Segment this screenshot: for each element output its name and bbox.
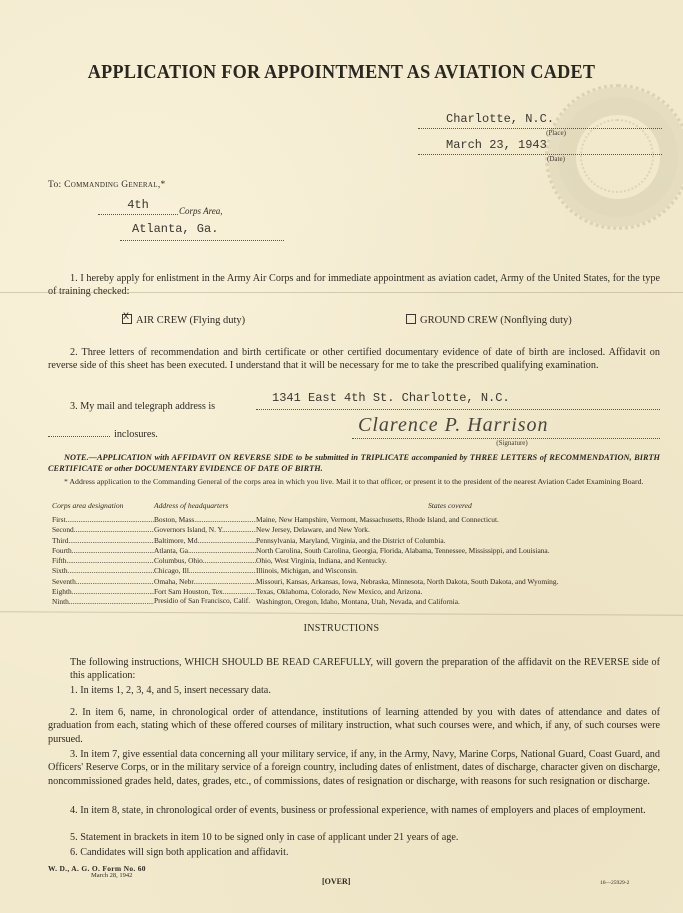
states-cell: Illinois, Michigan, and Wisconsin. <box>256 566 662 576</box>
instruction-item-1: 1. In items 1, 2, 3, 4, and 5, insert ne… <box>70 684 660 697</box>
hq-cell: Columbus, Ohio <box>154 556 256 566</box>
instruction-item-3: 3. In item 7, give essential data concer… <box>48 748 660 788</box>
corps-area-label: Corps Area, <box>179 206 223 216</box>
col-header-headquarters: Address of headquarters <box>154 501 228 510</box>
corps-cell: Second <box>52 525 154 535</box>
inclosures-label: inclosures. <box>114 428 158 441</box>
instruction-item-2: 2. In item 6, name, in chronological ord… <box>48 706 660 746</box>
table-row: Second Governors Island, N. Y. New Jerse… <box>52 525 662 535</box>
states-cell: Missouri, Kansas, Arkansas, Iowa, Nebras… <box>256 577 662 587</box>
to-prefix: To: <box>48 180 61 190</box>
document-title: APPLICATION FOR APPOINTMENT AS AVIATION … <box>24 62 659 84</box>
table-row: Fifth Columbus, Ohio Ohio, West Virginia… <box>52 556 662 566</box>
paper-fold-crease <box>0 611 683 616</box>
address-value: 1341 East 4th St. Charlotte, N.C. <box>256 391 660 410</box>
instruction-item-5: 5. Statement in brackets in item 10 to b… <box>70 831 660 844</box>
form-date: March 28, 1942 <box>91 872 132 879</box>
hq-cell: Baltimore, Md. <box>154 536 256 546</box>
corps-cell: Ninth <box>52 597 154 607</box>
over-marker: [OVER] <box>322 877 350 886</box>
signature-value: Clarence P. Harrison <box>352 414 660 439</box>
table-row: Fourth Atlanta, Ga. North Carolina, Sout… <box>52 546 662 556</box>
corps-area-table: First Boston, Mass. Maine, New Hampshire… <box>52 515 662 608</box>
col-header-corps-area: Corps area designation <box>52 501 123 510</box>
triplicate-note: NOTE.—APPLICATION with AFFIDAVIT ON REVE… <box>48 452 660 474</box>
paper-fold-crease <box>0 292 683 293</box>
table-row: First Boston, Mass. Maine, New Hampshire… <box>52 515 662 525</box>
option-air-crew[interactable]: AIR CREW (Flying duty) <box>122 314 245 326</box>
instruction-item-6: 6. Candidates will sign both application… <box>70 846 660 859</box>
corps-city-field[interactable]: Atlanta, Ga. <box>120 222 284 241</box>
document-page: APPLICATION FOR APPOINTMENT AS AVIATION … <box>0 0 683 913</box>
hq-cell: Atlanta, Ga. <box>154 546 256 556</box>
air-crew-label: AIR CREW (Flying duty) <box>136 315 245 326</box>
states-cell: Texas, Oklahoma, Colorado, New Mexico, a… <box>256 587 662 597</box>
table-row: Third Baltimore, Md. Pennsylvania, Maryl… <box>52 536 662 546</box>
to-label: Commanding General,* <box>64 180 165 190</box>
option-ground-crew[interactable]: GROUND CREW (Nonflying duty) <box>406 314 572 326</box>
corps-area-value: 4th <box>98 198 178 215</box>
ground-crew-label: GROUND CREW (Nonflying duty) <box>420 315 572 326</box>
corps-cell: Sixth <box>52 566 154 576</box>
hq-cell: Presidio of San Francisco, Calif. <box>154 597 256 607</box>
date-value: March 23, 1943 <box>418 138 662 155</box>
table-row: Sixth Chicago, Ill. Illinois, Michigan, … <box>52 566 662 576</box>
print-code: 16—25929-2 <box>600 880 629 886</box>
corps-cell: Seventh <box>52 577 154 587</box>
signature-field[interactable]: Clarence P. Harrison (Signature) <box>352 414 660 447</box>
place-field[interactable]: Charlotte, N.C. (Place) <box>418 112 662 137</box>
table-row: Eighth Fort Sam Houston, Tex. Texas, Okl… <box>52 587 662 597</box>
corps-cell: Eighth <box>52 587 154 597</box>
states-cell: New Jersey, Delaware, and New York. <box>256 525 662 535</box>
hq-cell: Boston, Mass. <box>154 515 256 525</box>
hq-cell: Chicago, Ill. <box>154 566 256 576</box>
signature-caption: (Signature) <box>364 439 660 447</box>
inclosures-count-field[interactable] <box>48 436 110 437</box>
air-crew-checkbox[interactable] <box>122 314 132 324</box>
corps-area-field[interactable]: 4th <box>98 198 178 215</box>
address-field[interactable]: 1341 East 4th St. Charlotte, N.C. <box>256 391 660 410</box>
corps-cell: Fourth <box>52 546 154 556</box>
item-1-text: 1. I hereby apply for enlistment in the … <box>48 272 660 299</box>
place-value: Charlotte, N.C. <box>418 112 662 129</box>
hq-cell: Omaha, Nebr. <box>154 577 256 587</box>
states-cell: North Carolina, South Carolina, Georgia,… <box>256 546 662 556</box>
corps-cell: Fifth <box>52 556 154 566</box>
corps-city-value: Atlanta, Ga. <box>120 222 284 241</box>
instruction-item-4: 4. In item 8, state, in chronological or… <box>48 804 660 817</box>
corps-cell: Third <box>52 536 154 546</box>
address-instructions-note: * Address application to the Commanding … <box>48 477 660 487</box>
states-cell: Pennsylvania, Maryland, Virginia, and th… <box>256 536 662 546</box>
table-row: Ninth Presidio of San Francisco, Calif. … <box>52 597 662 607</box>
instructions-intro: The following instructions, WHICH SHOULD… <box>70 656 660 683</box>
states-cell: Washington, Oregon, Idaho, Montana, Utah… <box>256 597 662 607</box>
states-cell: Maine, New Hampshire, Vermont, Massachus… <box>256 515 662 525</box>
hq-cell: Governors Island, N. Y. <box>154 525 256 535</box>
table-row: Seventh Omaha, Nebr. Missouri, Kansas, A… <box>52 577 662 587</box>
item-3-label: 3. My mail and telegraph address is <box>70 400 215 413</box>
place-caption: (Place) <box>450 129 662 137</box>
states-cell: Ohio, West Virginia, Indiana, and Kentuc… <box>256 556 662 566</box>
addressee-line: To: Commanding General,* <box>48 180 166 190</box>
ground-crew-checkbox[interactable] <box>406 314 416 324</box>
corps-cell: First <box>52 515 154 525</box>
date-field[interactable]: March 23, 1943 (Date) <box>418 138 662 163</box>
hq-cell: Fort Sam Houston, Tex. <box>154 587 256 597</box>
col-header-states: States covered <box>428 501 472 510</box>
instructions-heading: INSTRUCTIONS <box>0 623 683 634</box>
date-caption: (Date) <box>450 155 662 163</box>
item-2-text: 2. Three letters of recommendation and b… <box>48 346 660 373</box>
